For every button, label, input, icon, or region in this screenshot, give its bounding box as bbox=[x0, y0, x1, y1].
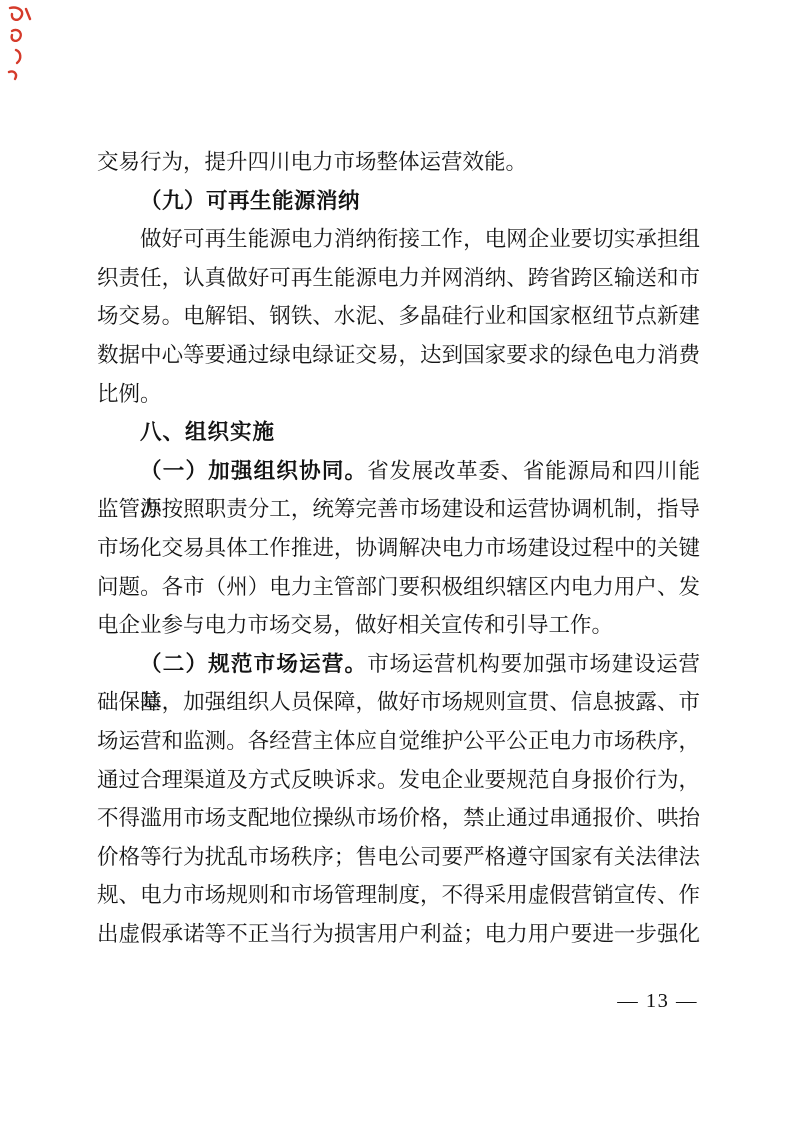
text-line: 数据中心等要通过绿电绿证交易，达到国家要求的绿色电力消费 bbox=[97, 336, 700, 375]
text-line: （九）可再生能源消纳 bbox=[97, 182, 700, 221]
text-line: 比例。 bbox=[97, 375, 700, 414]
text-line: 不得滥用市场支配地位操纵市场价格，禁止通过串通报价、哄抬 bbox=[97, 799, 700, 838]
document-body: 交易行为，提升四川电力市场整体运营效能。（九）可再生能源消纳做好可再生能源电力消… bbox=[97, 143, 700, 953]
line-text: 电企业参与电力市场交易，做好相关宣传和引导工作。 bbox=[97, 613, 613, 637]
line-text: 场交易。电解铝、钢铁、水泥、多晶硅行业和国家枢纽节点新建 bbox=[97, 304, 700, 328]
line-bold-text: （九）可再生能源消纳 bbox=[140, 189, 360, 213]
text-line: 交易行为，提升四川电力市场整体运营效能。 bbox=[97, 143, 700, 182]
line-text: 不得滥用市场支配地位操纵市场价格，禁止通过串通报价、哄抬 bbox=[97, 806, 700, 830]
text-line: （二）规范市场运营。市场运营机构要加强市场建设运营基 bbox=[97, 645, 700, 684]
text-line: 市场化交易具体工作推进，协调解决电力市场建设过程中的关键 bbox=[97, 529, 700, 568]
line-text: 比例。 bbox=[97, 382, 162, 406]
text-line: 电企业参与电力市场交易，做好相关宣传和引导工作。 bbox=[97, 606, 700, 645]
line-text: 市场化交易具体工作推进，协调解决电力市场建设过程中的关键 bbox=[97, 536, 700, 560]
document-page: 交易行为，提升四川电力市场整体运营效能。（九）可再生能源消纳做好可再生能源电力消… bbox=[0, 0, 794, 1123]
text-line: 做好可再生能源电力消纳衔接工作，电网企业要切实承担组 bbox=[97, 220, 700, 259]
line-text: 规、电力市场规则和市场管理制度，不得采用虚假营销宣传、作 bbox=[97, 883, 700, 907]
text-line: 场交易。电解铝、钢铁、水泥、多晶硅行业和国家枢纽节点新建 bbox=[97, 297, 700, 336]
line-text: 做好可再生能源电力消纳衔接工作，电网企业要切实承担组 bbox=[140, 227, 700, 251]
text-line: 出虚假承诺等不正当行为损害用户利益；电力用户要进一步强化 bbox=[97, 915, 700, 954]
red-ink-marks-icon bbox=[3, 4, 37, 88]
text-line: 场运营和监测。各经营主体应自觉维护公平公正电力市场秩序， bbox=[97, 722, 700, 761]
text-line: 织责任，认真做好可再生能源电力并网消纳、跨省跨区输送和市 bbox=[97, 259, 700, 298]
line-text: 织责任，认真做好可再生能源电力并网消纳、跨省跨区输送和市 bbox=[97, 266, 700, 290]
text-line: 础保障，加强组织人员保障，做好市场规则宣贯、信息披露、市 bbox=[97, 683, 700, 722]
line-text: 场运营和监测。各经营主体应自觉维护公平公正电力市场秩序， bbox=[97, 729, 700, 753]
line-bold-text: （二）规范市场运营。 bbox=[140, 652, 367, 676]
text-line: 规、电力市场规则和市场管理制度，不得采用虚假营销宣传、作 bbox=[97, 876, 700, 915]
text-line: 通过合理渠道及方式反映诉求。发电企业要规范自身报价行为， bbox=[97, 761, 700, 800]
line-text: 础保障，加强组织人员保障，做好市场规则宣贯、信息披露、市 bbox=[97, 690, 700, 714]
page-number: — 13 — bbox=[617, 990, 698, 1013]
text-line: （一）加强组织协同。省发展改革委、省能源局和四川能源 bbox=[97, 452, 700, 491]
text-line: 价格等行为扰乱市场秩序；售电公司要严格遵守国家有关法律法 bbox=[97, 838, 700, 877]
line-text: 价格等行为扰乱市场秩序；售电公司要严格遵守国家有关法律法 bbox=[97, 845, 700, 869]
line-bold-text: 八、组织实施 bbox=[140, 420, 275, 444]
line-text: 监管办按照职责分工，统筹完善市场建设和运营协调机制，指导 bbox=[97, 497, 700, 521]
text-line: 问题。各市（州）电力主管部门要积极组织辖区内电力用户、发 bbox=[97, 568, 700, 607]
text-line: 八、组织实施 bbox=[97, 413, 700, 452]
line-bold-text: （一）加强组织协同。 bbox=[140, 459, 367, 483]
line-text: 数据中心等要通过绿电绿证交易，达到国家要求的绿色电力消费 bbox=[97, 343, 700, 367]
line-text: 通过合理渠道及方式反映诉求。发电企业要规范自身报价行为， bbox=[97, 768, 700, 792]
line-text: 交易行为，提升四川电力市场整体运营效能。 bbox=[97, 150, 527, 174]
text-line: 监管办按照职责分工，统筹完善市场建设和运营协调机制，指导 bbox=[97, 490, 700, 529]
line-text: 问题。各市（州）电力主管部门要积极组织辖区内电力用户、发 bbox=[97, 575, 700, 599]
line-text: 出虚假承诺等不正当行为损害用户利益；电力用户要进一步强化 bbox=[97, 922, 700, 946]
